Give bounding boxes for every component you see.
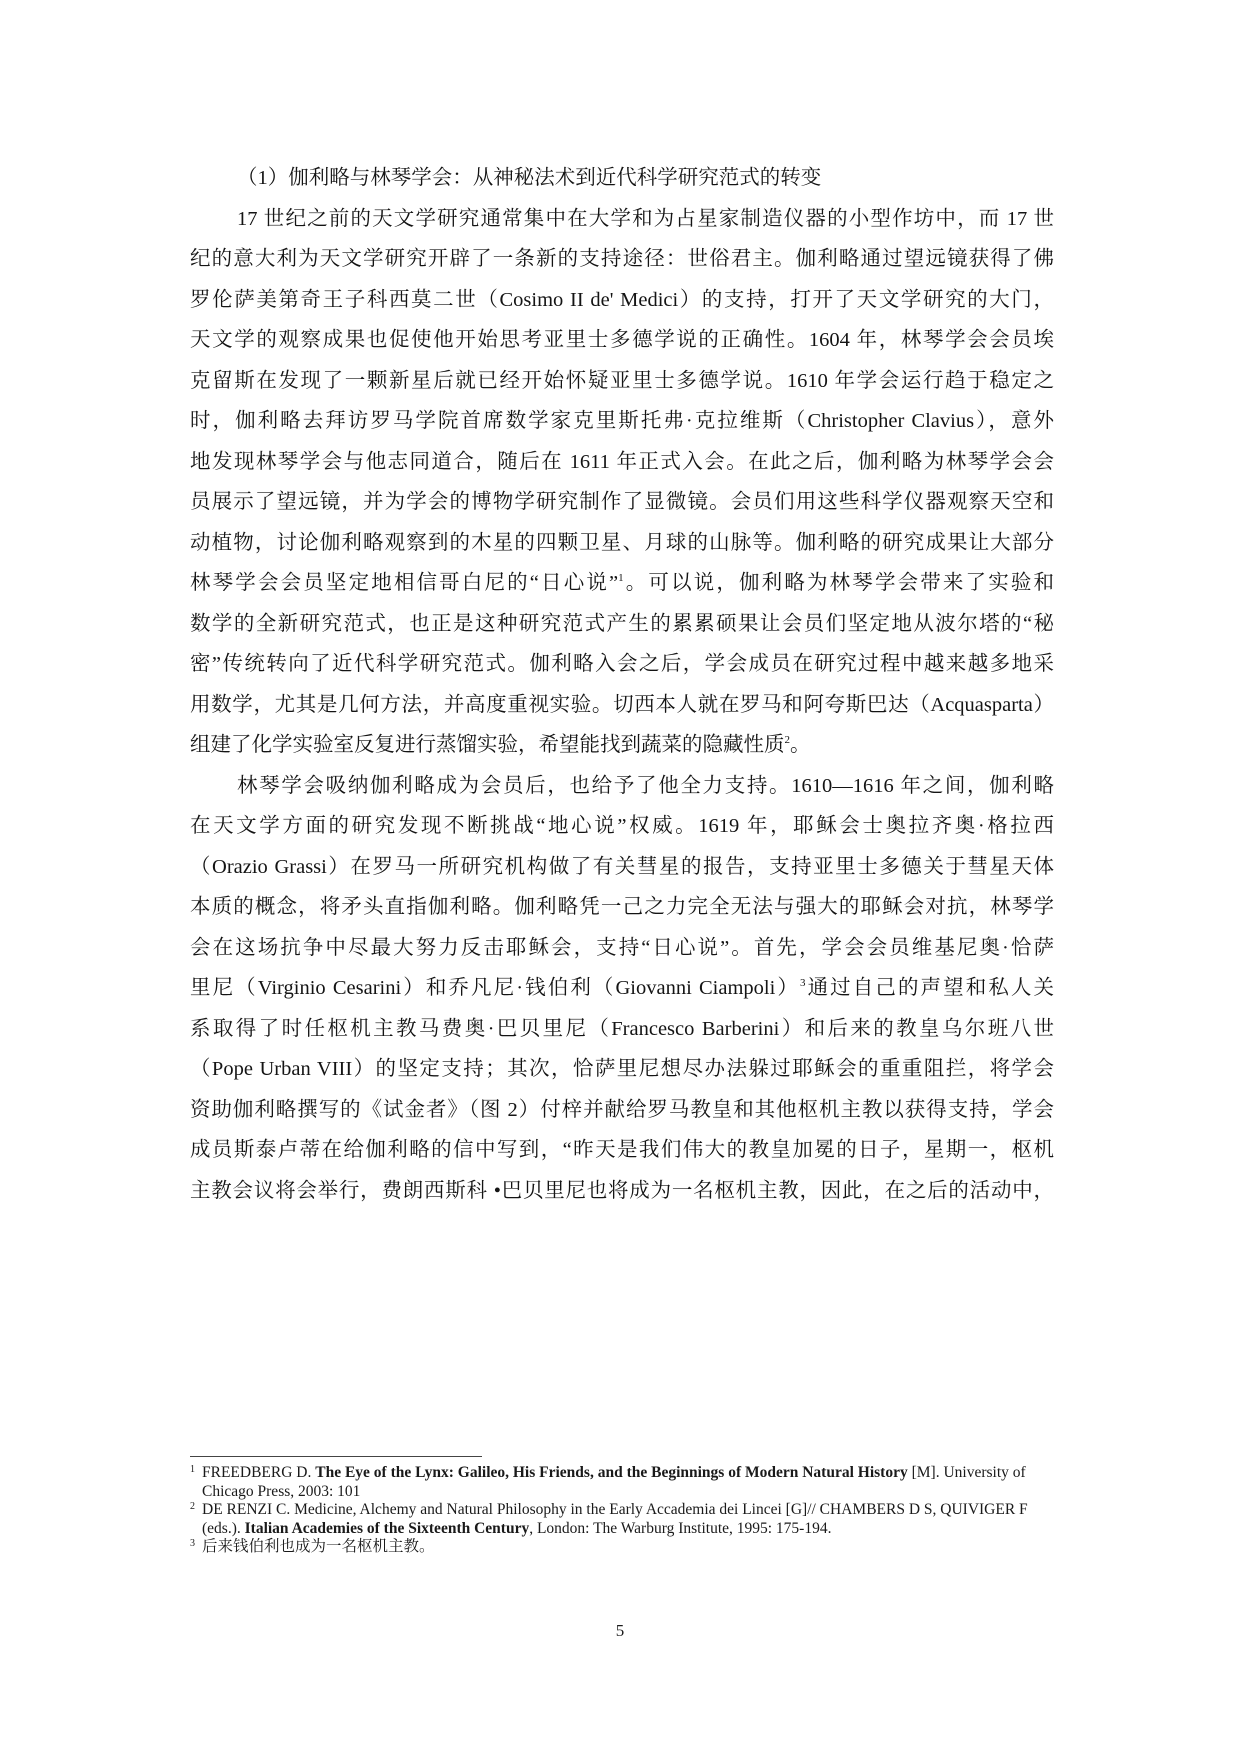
text-line: （Pope Urban VIII）的坚定支持；其次，恰萨里尼想尽办法躲过耶稣会的… [190,1049,1054,1090]
text-line: 纪的意大利为天文学研究开辟了一条新的支持途径：世俗君主。伽利略通过望远镜获得了佛 [190,239,1054,280]
body-text: （1）伽利略与林琴学会：从神秘法术到近代科学研究范式的转变 17 世纪之前的天文… [190,158,1054,1211]
footnote-title: Italian Academies of the Sixteenth Centu… [245,1520,530,1537]
text-line: 组建了化学实验室反复进行蒸馏实验，希望能找到蔬菜的隐藏性质2。 [190,725,1054,766]
text-line: 时，伽利略去拜访罗马学院首席数学家克里斯托弗·克拉维斯（Christopher … [190,401,1054,442]
footnote-text: , London: The Warburg Institute, 1995: 1… [529,1520,831,1537]
text-line: 罗伦萨美第奇王子科西莫二世（Cosimo II de' Medici）的支持，打… [190,280,1054,321]
footnote-2: 2 DE RENZI C. Medicine, Alchemy and Natu… [190,1501,1050,1538]
text-segment: 里尼（Virginio Cesarini）和乔凡尼·钱伯利（Giovanni C… [190,977,800,999]
text-line: 在天文学方面的研究发现不断挑战“地心说”权威。1619 年，耶稣会士奥拉齐奥·格… [190,806,1054,847]
footnote-number: 3 [190,1535,195,1554]
text-line: 动植物，讨论伽利略观察到的木星的四颗卫星、月球的山脉等。伽利略的研究成果让大部分 [190,523,1054,564]
paragraph-1: 17 世纪之前的天文学研究通常集中在大学和为占星家制造仪器的小型作坊中，而 17… [190,199,1054,766]
page-number: 5 [0,1621,1240,1641]
text-line: 里尼（Virginio Cesarini）和乔凡尼·钱伯利（Giovanni C… [190,968,1054,1009]
footnote-text: FREEDBERG D. [202,1464,315,1481]
text-segment: 通过自己的声望和私人关 [806,977,1055,999]
footnote-title: The Eye of the Lynx: Galileo, His Friend… [315,1464,907,1481]
text-segment: 。可以说，伽利略为林琴学会带来了实验和 [624,572,1054,594]
text-segment: 林琴学会会员坚定地相信哥白尼的“日心说” [190,572,618,594]
text-line: 本质的概念，将矛头直指伽利略。伽利略凭一己之力完全无法与强大的耶稣会对抗，林琴学 [190,887,1054,928]
text-line: 用数学，尤其是几何方法，并高度重视实验。切西本人就在罗马和阿夸斯巴达（Acqua… [190,685,1054,726]
text-line: 系取得了时任枢机主教马费奥·巴贝里尼（Francesco Barberini）和… [190,1009,1054,1050]
text-line: 克留斯在发现了一颗新星后就已经开始怀疑亚里士多德学说。1610 年学会运行趋于稳… [190,361,1054,402]
text-line: 地发现林琴学会与他志同道合，随后在 1611 年正式入会。在此之后，伽利略为林琴… [190,442,1054,483]
text-line: 主教会议将会举行，费朗西斯科 •巴贝里尼也将成为一名枢机主教，因此，在之后的活动… [190,1171,1054,1212]
text-segment: 组建了化学实验室反复进行蒸馏实验，希望能找到蔬菜的隐藏性质 [190,734,785,756]
footnotes: 1 FREEDBERG D. The Eye of the Lynx: Gali… [190,1464,1050,1557]
text-line: 密”传统转向了近代科学研究范式。伽利略入会之后，学会成员在研究过程中越来越多地采 [190,644,1054,685]
text-line: 员展示了望远镜，并为学会的博物学研究制作了显微镜。会员们用这些科学仪器观察天空和 [190,482,1054,523]
text-line: 林琴学会会员坚定地相信哥白尼的“日心说”1。可以说，伽利略为林琴学会带来了实验和 [190,563,1054,604]
section-heading: （1）伽利略与林琴学会：从神秘法术到近代科学研究范式的转变 [190,158,1054,199]
footnote-text: 后来钱伯利也成为一名枢机主教。 [202,1538,435,1555]
footnote-separator [190,1456,482,1457]
text-line: 会在这场抗争中尽最大努力反击耶稣会，支持“日心说”。首先，学会会员维基尼奥·恰萨 [190,928,1054,969]
text-line: 成员斯泰卢蒂在给伽利略的信中写到，“昨天是我们伟大的教皇加冕的日子，星期一，枢机 [190,1130,1054,1171]
footnote-1: 1 FREEDBERG D. The Eye of the Lynx: Gali… [190,1464,1050,1501]
text-line: 天文学的观察成果也促使他开始思考亚里士多德学说的正确性。1604 年，林琴学会会… [190,320,1054,361]
text-line: 林琴学会吸纳伽利略成为会员后，也给予了他全力支持。1610—1616 年之间，伽… [190,766,1054,807]
text-line: 资助伽利略撰写的《试金者》（图 2）付梓并献给罗马教皇和其他枢机主教以获得支持，… [190,1090,1054,1131]
text-segment: 。 [790,734,811,756]
document-page: （1）伽利略与林琴学会：从神秘法术到近代科学研究范式的转变 17 世纪之前的天文… [0,0,1240,1753]
text-line: 数学的全新研究范式，也正是这种研究范式产生的累累硕果让会员们坚定地从波尔塔的“秘 [190,604,1054,645]
text-line: 17 世纪之前的天文学研究通常集中在大学和为占星家制造仪器的小型作坊中，而 17… [190,199,1054,240]
footnote-number: 1 [190,1461,195,1480]
footnote-3: 3 后来钱伯利也成为一名枢机主教。 [190,1538,1050,1557]
text-line: （Orazio Grassi）在罗马一所研究机构做了有关彗星的报告，支持亚里士多… [190,847,1054,888]
paragraph-2: 林琴学会吸纳伽利略成为会员后，也给予了他全力支持。1610—1616 年之间，伽… [190,766,1054,1212]
footnote-number: 2 [190,1498,195,1517]
